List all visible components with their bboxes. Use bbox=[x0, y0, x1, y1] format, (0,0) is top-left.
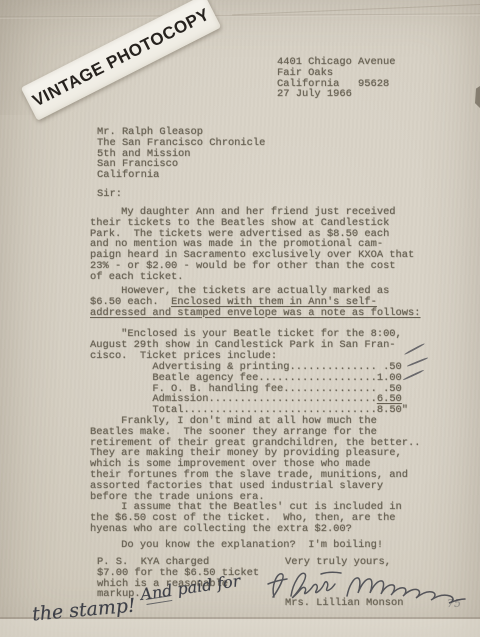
price-line-total-value: 8.50" bbox=[377, 404, 408, 416]
recipient-address-block: Mr. Ralph Gleasop The San Francisco Chro… bbox=[97, 127, 265, 181]
photocopied-letter: VINTAGE PHOTOCOPY 4401 Chicago Avenue Fa… bbox=[0, 0, 480, 637]
sender-address-block: 4401 Chicago Avenue Fair Oaks California… bbox=[277, 57, 395, 100]
margin-checkmark-icon bbox=[404, 343, 425, 356]
paragraph-frankly: Frankly, I don't mind at all how much th… bbox=[90, 416, 420, 502]
handwritten-signature bbox=[268, 565, 468, 609]
paragraph-actual-price: However, the tickets are actually marked… bbox=[90, 286, 420, 318]
quoted-note-intro: "Enclosed is your Beatle ticket for the … bbox=[90, 329, 402, 361]
paragraph-hyenas: I assume that the Beatles' cut is includ… bbox=[90, 502, 402, 534]
right-edge-tear-mark bbox=[475, 86, 480, 108]
paragraph-tickets-advertised: My daughter Ann and her friend just rece… bbox=[90, 207, 414, 283]
salutation: Sir: bbox=[97, 189, 122, 200]
price-breakdown-list: Advertising & printing.............. .50… bbox=[90, 362, 408, 416]
line-boiling: Do you know the explanation? I'm boiling… bbox=[90, 540, 383, 551]
margin-checkmark-icon bbox=[406, 357, 428, 367]
